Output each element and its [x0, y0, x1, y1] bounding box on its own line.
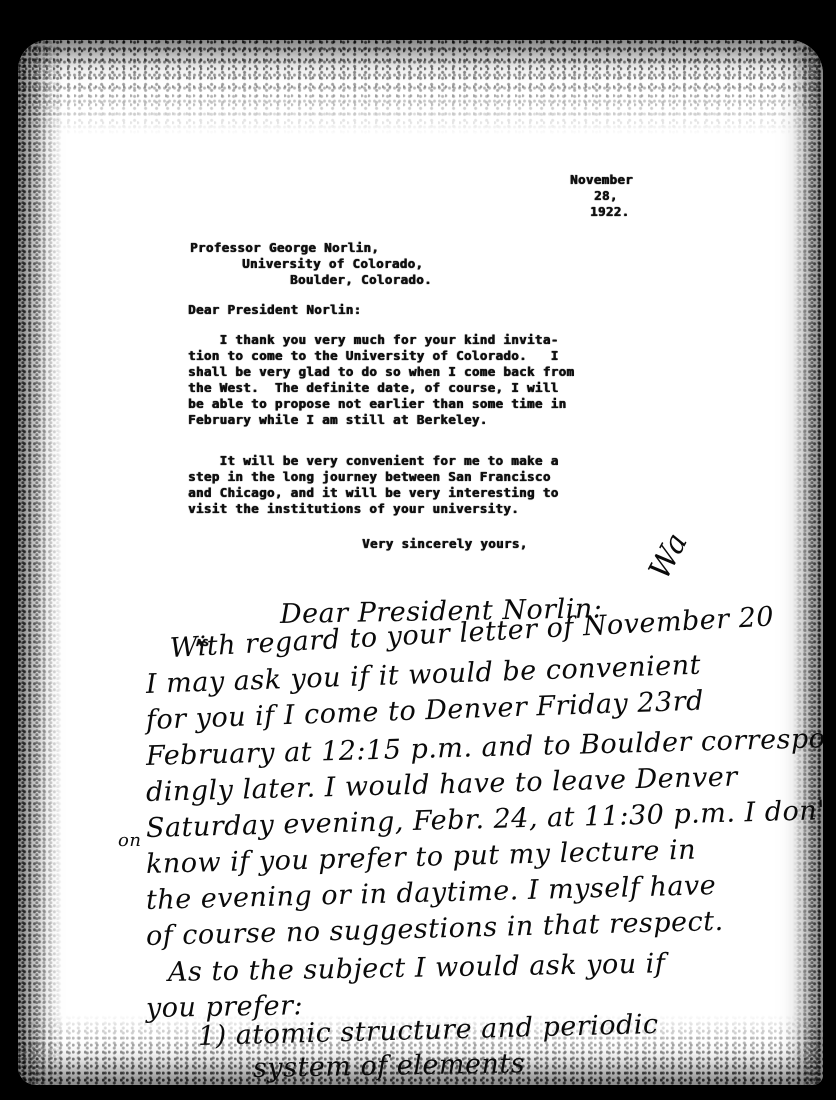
scan-noise-left: [18, 40, 63, 1085]
typed-salutation: Dear President Norlin:: [188, 302, 361, 319]
handwritten-margin-note: Wa: [643, 527, 695, 585]
addressee-city: Boulder, Colorado.: [290, 272, 432, 289]
paragraph-1-line: the West. The definite date, of course, …: [188, 380, 558, 397]
scan-noise-right: [793, 40, 823, 1085]
typed-closing: Very sincerely yours,: [362, 536, 528, 553]
letter-date-day: 28,: [594, 188, 618, 205]
handwritten-line: system of elements: [253, 1047, 526, 1085]
paragraph-1-line: February while I am still at Berkeley.: [188, 412, 488, 429]
paragraph-1-line: tion to come to the University of Colora…: [188, 348, 558, 365]
paragraph-2-line: and Chicago, and it will be very interes…: [188, 485, 558, 502]
handwritten-line: As to the subject I would ask you if: [168, 947, 666, 990]
paragraph-2-line: visit the institutions of your universit…: [188, 501, 519, 518]
letter-date-month: November: [570, 172, 633, 189]
paragraph-1-line: be able to propose not earlier than some…: [188, 396, 566, 413]
scan-noise-top: [18, 40, 823, 135]
handwritten-margin-word: on: [118, 824, 141, 858]
addressee-name: Professor George Norlin,: [190, 240, 379, 257]
addressee-institution: University of Colorado,: [242, 256, 423, 273]
paragraph-2-line: It will be very convenient for me to mak…: [188, 453, 558, 470]
paragraph-1-line: shall be very glad to do so when I come …: [188, 364, 574, 381]
letter-date-year: 1922.: [590, 204, 629, 221]
paragraph-2-line: step in the long journey between San Fra…: [188, 469, 551, 486]
scanned-letter-page: November 28, 1922. Professor George Norl…: [18, 40, 823, 1085]
paragraph-1-line: I thank you very much for your kind invi…: [188, 332, 558, 349]
